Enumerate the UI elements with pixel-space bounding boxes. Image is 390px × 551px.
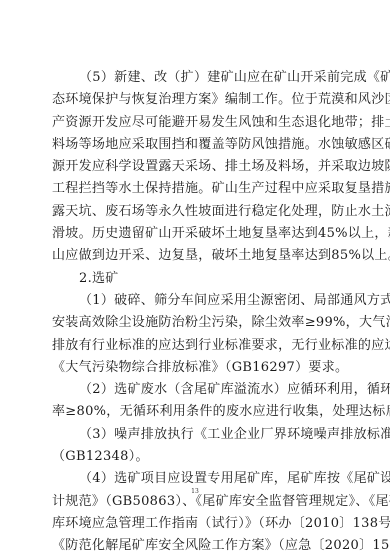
text-line: （2）选矿废水（含尾矿库溢流水）应循环利用，循环利用 — [52, 379, 343, 401]
page-number: 13 — [0, 488, 390, 495]
text-line: （GB12348）。 — [52, 446, 343, 468]
text-line: 态环境保护与恢复治理方案》编制工作。位于荒漠和风沙区的矿 — [52, 89, 343, 111]
text-line: 工程拦挡等水土保持措施。矿山生产过程中应采取复垦措施，对 — [52, 178, 343, 200]
paragraph-item-3: （3）噪声排放执行《工业企业厂界环境噪声排放标准》 （GB12348）。 — [52, 424, 343, 469]
text-line: 安装高效除尘设施防治粉尘污染，除尘效率≥99%，大气污染物 — [52, 312, 343, 334]
paragraph-item-2: （2）选矿废水（含尾矿库溢流水）应循环利用，循环利用 率≥80%，无循环利用条件… — [52, 379, 343, 424]
paragraph-item-4: （4）选矿项目应设置专用尾矿库，尾矿库按《尾矿设施设 计规范》（GB50863）… — [52, 468, 343, 551]
text-line: 《防范化解尾矿库安全风险工作方案》（应急〔2020〕15号）、 — [52, 535, 343, 551]
text-line: 《大气污染物综合排放标准》（GB16297）要求。 — [52, 357, 343, 379]
text-line: 露天坑、废石场等永久性坡面进行稳定化处理，防止水土流失和 — [52, 201, 343, 223]
text-line: （5）新建、改（扩）建矿山应在矿山开采前完成《矿山生 — [52, 67, 343, 89]
page-body: （5）新建、改（扩）建矿山应在矿山开采前完成《矿山生 态环境保护与恢复治理方案》… — [52, 67, 343, 551]
document-page: （5）新建、改（扩）建矿山应在矿山开采前完成《矿山生 态环境保护与恢复治理方案》… — [0, 0, 390, 551]
heading-text: 2.选矿 — [52, 268, 343, 290]
paragraph-item-5: （5）新建、改（扩）建矿山应在矿山开采前完成《矿山生 态环境保护与恢复治理方案》… — [52, 67, 343, 268]
text-line: （1）破碎、筛分车间应采用尘源密闭、局部通风方式，并 — [52, 290, 343, 312]
text-line: 排放有行业标准的应达到行业标准要求，无行业标准的应达到 — [52, 335, 343, 357]
text-line: 滑坡。历史遗留矿山开采破坏土地复垦率达到45%以上，新建矿 — [52, 223, 343, 245]
section-heading-ore-dressing: 2.选矿 — [52, 268, 343, 290]
text-line: 料场等场地应采取围挡和覆盖等防风蚀措施。水蚀敏感区矿产资 — [52, 134, 343, 156]
text-line: 库环境应急管理工作指南（试行）》（环办〔2010〕138号）、 — [52, 513, 343, 535]
paragraph-item-1: （1）破碎、筛分车间应采用尘源密闭、局部通风方式，并 安装高效除尘设施防治粉尘污… — [52, 290, 343, 379]
text-line: （3）噪声排放执行《工业企业厂界环境噪声排放标准》 — [52, 424, 343, 446]
text-line: 率≥80%，无循环利用条件的废水应进行收集，处理达标后排放。 — [52, 401, 343, 423]
text-line: 山应做到边开采、边复垦，破坏土地复垦率达到85%以上。 — [52, 245, 343, 267]
text-line: 源开发应科学设置露天采场、排土场及料场，并采取边坡防护、 — [52, 156, 343, 178]
text-line: 产资源开发应尽可能避开易发生风蚀和生态退化地带；排土场、 — [52, 112, 343, 134]
